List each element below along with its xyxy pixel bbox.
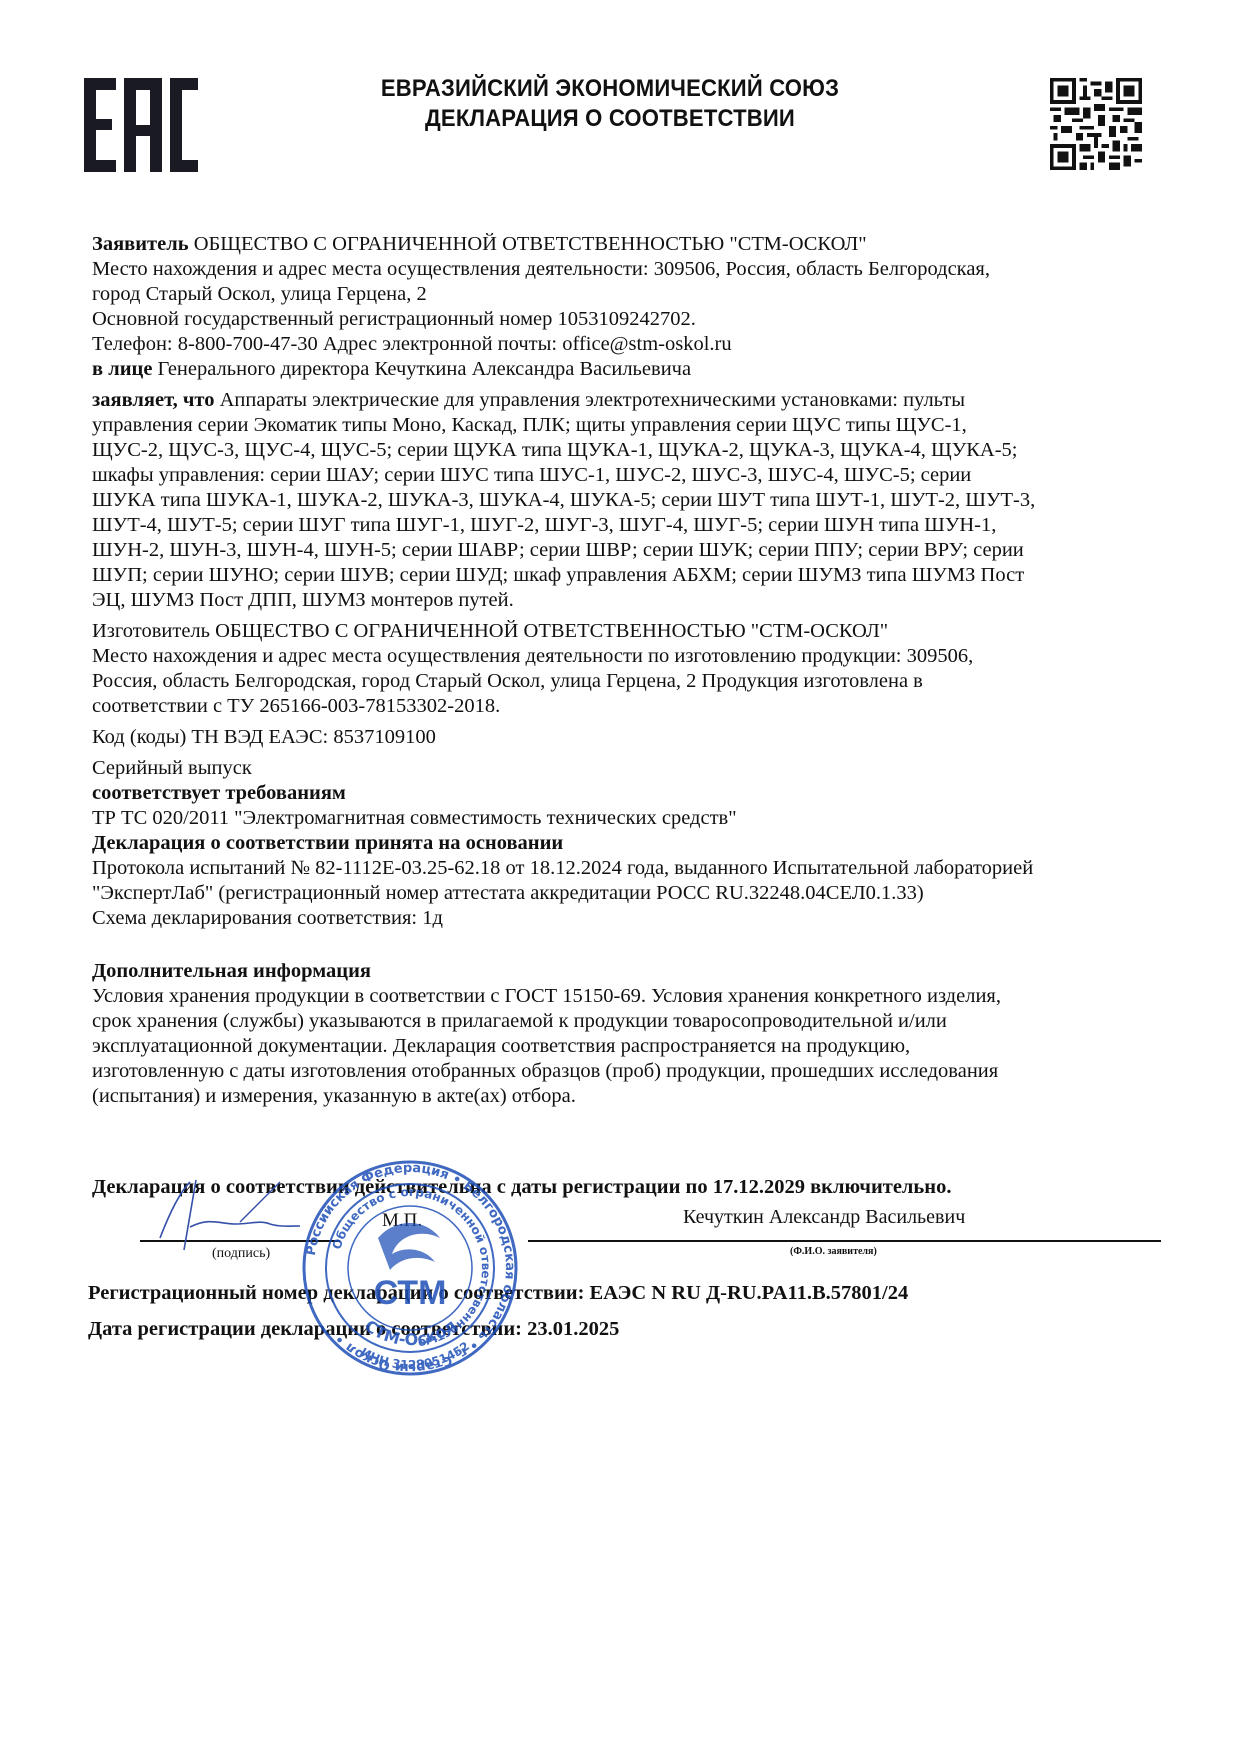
manufacturer-line: Место нахождения и адрес места осуществл… <box>92 644 1172 669</box>
product-line: управления серии Экоматик типы Моно, Кас… <box>92 413 1172 438</box>
manufacturer-line: Россия, область Белгородская, город Стар… <box>92 669 1172 694</box>
tn-ved-code: Код (коды) ТН ВЭД ЕАЭС: 8537109100 <box>92 725 1172 750</box>
document-header: ЕВРАЗИЙСКИЙ ЭКОНОМИЧЕСКИЙ СОЮЗ ДЕКЛАРАЦИ… <box>325 74 895 134</box>
applicant-contacts: Телефон: 8-800-700-47-30 Адрес электронн… <box>92 332 1172 357</box>
additional-line: эксплуатационной документации. Деклараци… <box>92 1034 1172 1059</box>
additional-heading: Дополнительная информация <box>92 959 1172 984</box>
product-line: ШУТ-4, ШУТ-5; серии ШУГ типа ШУГ-1, ШУГ-… <box>92 513 1172 538</box>
qr-code-icon[interactable] <box>1050 78 1142 170</box>
applicant-line: Заявитель ОБЩЕСТВО С ОГРАНИЧЕННОЙ ОТВЕТС… <box>92 232 1172 257</box>
product-text: Аппараты электрические для управления эл… <box>214 389 965 411</box>
signer-name: Кечуткин Александр Васильевич <box>683 1206 965 1229</box>
requirements-heading: соответствует требованиям <box>92 781 1172 806</box>
applicant-address-line1: Место нахождения и адрес места осуществл… <box>92 257 1172 282</box>
declares-line: заявляет, что Аппараты электрические для… <box>92 388 1172 413</box>
declaration-title: ДЕКЛАРАЦИЯ О СООТВЕТСТВИИ <box>325 104 895 134</box>
basis-line: Схема декларирования соответствия: 1д <box>92 906 1172 931</box>
manufacturer-line: Изготовитель ОБЩЕСТВО С ОГРАНИЧЕННОЙ ОТВ… <box>92 619 1172 644</box>
product-line: ШУН-2, ШУН-3, ШУН-4, ШУН-5; серии ШАВР; … <box>92 538 1172 563</box>
declaration-page: ЕВРАЗИЙСКИЙ ЭКОНОМИЧЕСКИЙ СОЮЗ ДЕКЛАРАЦИ… <box>0 0 1240 1754</box>
applicant-address-line2: город Старый Оскол, улица Герцена, 2 <box>92 282 1172 307</box>
product-line: ШУКА типа ШУКА-1, ШУКА-2, ШУКА-3, ШУКА-4… <box>92 488 1172 513</box>
svg-text:СТМ: СТМ <box>374 1274 447 1312</box>
declares-label: заявляет, что <box>92 389 214 411</box>
represented-label: в лице <box>92 358 152 380</box>
declares-section: заявляет, что Аппараты электрические для… <box>92 388 1172 613</box>
product-line: ЩУС-2, ЩУС-3, ЩУС-4, ЩУС-5; серии ЩУКА т… <box>92 438 1172 463</box>
additional-line: срок хранения (службы) указываются в при… <box>92 1009 1172 1034</box>
applicant-section: Заявитель ОБЩЕСТВО С ОГРАНИЧЕННОЙ ОТВЕТС… <box>92 232 1172 382</box>
product-line: шкафы управления: серии ШАУ; серии ШУС т… <box>92 463 1172 488</box>
basis-heading: Декларация о соответствии принята на осн… <box>92 831 1172 856</box>
applicant-name: ОБЩЕСТВО С ОГРАНИЧЕННОЙ ОТВЕТСТВЕННОСТЬЮ… <box>189 233 867 255</box>
declaration-body: Заявитель ОБЩЕСТВО С ОГРАНИЧЕННОЙ ОТВЕТС… <box>92 232 1172 1109</box>
eac-logo-icon <box>80 70 200 180</box>
signer-caption: (Ф.И.О. заявителя) <box>790 1246 877 1257</box>
additional-line: (испытания) и измерения, указанную в акт… <box>92 1084 1172 1109</box>
basis-line: "ЭкспертЛаб" (регистрационный номер атте… <box>92 881 1172 906</box>
product-line: ЭЦ, ШУМЗ Пост ДПП, ШУМЗ монтеров путей. <box>92 588 1172 613</box>
applicant-label: Заявитель <box>92 233 189 255</box>
represented-by: Генерального директора Кечуткина Алексан… <box>152 358 691 380</box>
requirements-text: ТР ТС 020/2011 "Электромагнитная совмест… <box>92 806 1172 831</box>
release-type: Серийный выпуск <box>92 756 1172 781</box>
union-title: ЕВРАЗИЙСКИЙ ЭКОНОМИЧЕСКИЙ СОЮЗ <box>325 74 895 104</box>
signer-name-rule <box>528 1240 1161 1242</box>
additional-line: Условия хранения продукции в соответстви… <box>92 984 1172 1009</box>
represented-line: в лице Генерального директора Кечуткина … <box>92 357 1172 382</box>
applicant-ogrn: Основной государственный регистрационный… <box>92 307 1172 332</box>
additional-line: изготовленную с даты изготовления отобра… <box>92 1059 1172 1084</box>
basis-line: Протокола испытаний № 82-1112Е-03.25-62.… <box>92 856 1172 881</box>
manufacturer-line: соответствии с ТУ 265166-003-78153302-20… <box>92 694 1172 719</box>
manufacturer-section: Изготовитель ОБЩЕСТВО С ОГРАНИЧЕННОЙ ОТВ… <box>92 619 1172 719</box>
product-line: ШУП; серии ШУНО; серии ШУВ; серии ШУД; ш… <box>92 563 1172 588</box>
svg-text:Общество с ограниченной ответс: Общество с ограниченной ответственностью <box>330 1185 493 1351</box>
company-stamp-icon: Российская Федерация • Белгородская обла… <box>300 1158 520 1378</box>
